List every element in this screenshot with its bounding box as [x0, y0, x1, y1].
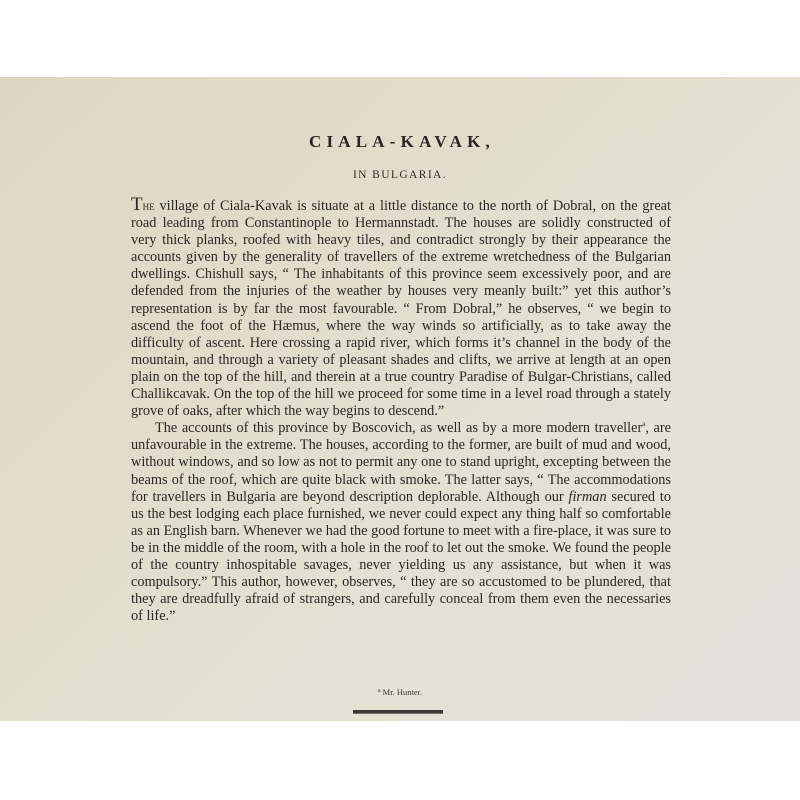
italic-term: firman	[568, 489, 606, 505]
page-subtitle: IN BULGARIA.	[0, 169, 800, 181]
paragraph-2-text-a: The accounts of this province by Boscovi…	[155, 420, 642, 436]
footnote-text: Mr. Hunter.	[381, 687, 423, 697]
drop-cap: T	[131, 194, 143, 215]
paragraph-2-text-c: secured to us the best lodging each plac…	[131, 489, 671, 625]
book-page: CIALA-KAVAK, IN BULGARIA. The village of…	[0, 77, 800, 721]
page-title: CIALA-KAVAK,	[0, 132, 800, 152]
footnote: a Mr. Hunter.	[0, 687, 800, 697]
paragraph-1-text: village of Ciala-Kavak is situate at a l…	[131, 198, 671, 419]
closing-rule-divider	[353, 710, 443, 714]
paragraph-2: The accounts of this province by Boscovi…	[131, 420, 671, 625]
small-caps-lead: he	[143, 198, 155, 213]
paragraph-1: The village of Ciala-Kavak is situate at…	[131, 196, 671, 420]
body-text: The village of Ciala-Kavak is situate at…	[131, 196, 671, 625]
